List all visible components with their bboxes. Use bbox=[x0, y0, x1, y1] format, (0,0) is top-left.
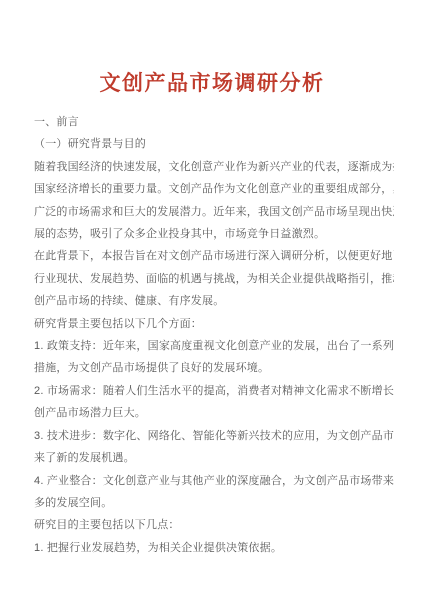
text-line: 创产品市场潜力巨大。 bbox=[34, 402, 394, 424]
document-body: 一、前言（一）研究背景与目的随着我国经济的快速发展，文化创意产业作为新兴产业的代… bbox=[0, 111, 424, 559]
text-line: 3. 技术进步：数字化、网络化、智能化等新兴技术的应用，为文创产品市场带 bbox=[34, 425, 394, 447]
text-line: （一）研究背景与目的 bbox=[34, 133, 394, 155]
text-line: 一、前言 bbox=[34, 111, 394, 133]
text-line: 研究背景主要包括以下几个方面： bbox=[34, 313, 394, 335]
text-line: 行业现状、发展趋势、面临的机遇与挑战，为相关企业提供战略指引，推动文 bbox=[34, 268, 394, 290]
text-line: 国家经济增长的重要力量。文创产品作为文化创意产业的重要组成部分，具有 bbox=[34, 178, 394, 200]
text-line: 措施，为文创产品市场提供了良好的发展环境。 bbox=[34, 357, 394, 379]
text-line: 多的发展空间。 bbox=[34, 492, 394, 514]
text-line: 4. 产业整合：文化创意产业与其他产业的深度融合，为文创产品市场带来了更 bbox=[34, 470, 394, 492]
text-line: 1. 政策支持：近年来，国家高度重视文化创意产业的发展，出台了一系列政策 bbox=[34, 335, 394, 357]
text-line: 广泛的市场需求和巨大的发展潜力。近年来，我国文创产品市场呈现出快速发 bbox=[34, 201, 394, 223]
document-page: 文创产品市场调研分析 一、前言（一）研究背景与目的随着我国经济的快速发展，文化创… bbox=[0, 0, 424, 600]
text-line: 展的态势，吸引了众多企业投身其中，市场竞争日益激烈。 bbox=[34, 223, 394, 245]
text-line: 随着我国经济的快速发展，文化创意产业作为新兴产业的代表，逐渐成为推动 bbox=[34, 156, 394, 178]
text-line: 1. 把握行业发展趋势，为相关企业提供决策依据。 bbox=[34, 537, 394, 559]
text-line: 在此背景下，本报告旨在对文创产品市场进行深入调研分析，以便更好地了解 bbox=[34, 245, 394, 267]
text-line: 来了新的发展机遇。 bbox=[34, 447, 394, 469]
document-title: 文创产品市场调研分析 bbox=[0, 0, 424, 98]
text-line: 研究目的主要包括以下几点： bbox=[34, 514, 394, 536]
text-line: 创产品市场的持续、健康、有序发展。 bbox=[34, 290, 394, 312]
text-line: 2. 市场需求：随着人们生活水平的提高，消费者对精神文化需求不断增长，文 bbox=[34, 380, 394, 402]
